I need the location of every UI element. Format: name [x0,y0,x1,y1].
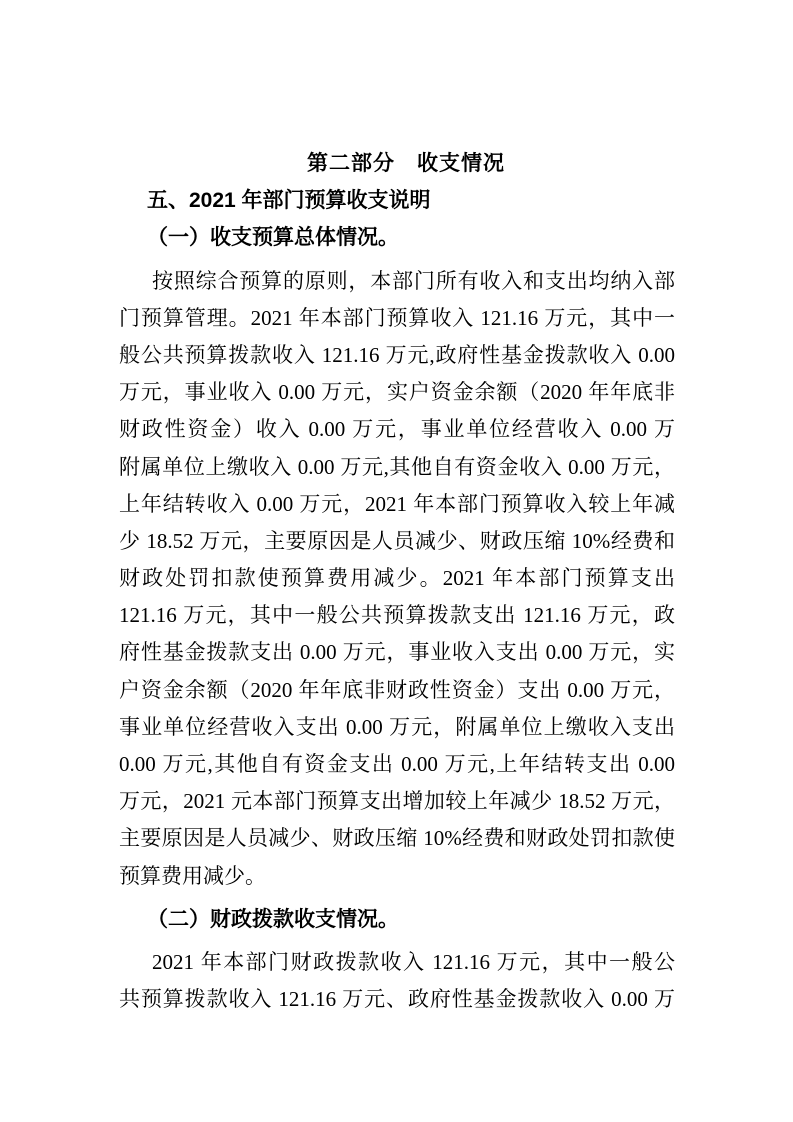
body-line: 少 18.52 万元，主要原因是人员减少、财政压缩 10%经费和 [119,523,675,560]
document-content: 第二部分 收支情况 五、2021 年部门预算收支说明 （一）收支预算总体情况。按… [119,145,675,1024]
body-line: 0.00 万元,其他自有资金支出 0.00 万元,上年结转支出 0.00 [119,746,675,783]
body-line: 财政性资金）收入 0.00 万元，事业单位经营收入 0.00 万元， [119,411,675,448]
paragraph: 按照综合预算的原则，本部门所有收入和支出均纳入部门预算管理。2021 年本部门预… [119,263,675,895]
sections-container: （一）收支预算总体情况。按照综合预算的原则，本部门所有收入和支出均纳入部门预算管… [119,219,675,1018]
subsection-heading: （一）收支预算总体情况。 [119,219,675,256]
body-line: 万元，2021 元本部门预算支出增加较上年减少 18.52 万元， [119,783,675,820]
body-line: 万元，事业收入 0.00 万元，实户资金余额（2020 年年底非 [119,374,675,411]
paragraph: 2021 年本部门财政拨款收入 121.16 万元，其中一般公共预算拨款收入 1… [119,944,675,1018]
document-page: 第二部分 收支情况 五、2021 年部门预算收支说明 （一）收支预算总体情况。按… [0,0,793,1122]
body-line: 共预算拨款收入 121.16 万元、政府性基金拨款收入 0.00 万 [119,981,675,1018]
body-line: 事业单位经营收入支出 0.00 万元，附属单位上缴收入支出 [119,709,675,746]
body-line: 门预算管理。2021 年本部门预算收入 121.16 万元，其中一 [119,300,675,337]
body-line: 2021 年本部门财政拨款收入 121.16 万元，其中一般公 [119,944,675,981]
body-line: 上年结转收入 0.00 万元，2021 年本部门预算收入较上年减 [119,486,675,523]
body-line: 预算费用减少。 [119,858,675,895]
body-line: 附属单位上缴收入 0.00 万元,其他自有资金收入 0.00 万元， [119,449,675,486]
body-line: 按照综合预算的原则，本部门所有收入和支出均纳入部 [119,263,675,300]
body-line: 财政处罚扣款使预算费用减少。2021 年本部门预算支出 [119,560,675,597]
body-line: 121.16 万元，其中一般公共预算拨款支出 121.16 万元，政 [119,597,675,634]
body-line: 主要原因是人员减少、财政压缩 10%经费和财政处罚扣款使 [119,820,675,857]
body-line: 户资金余额（2020 年年底非财政性资金）支出 0.00 万元， [119,672,675,709]
document-title: 第二部分 收支情况 [119,145,675,182]
body-line: 般公共预算拨款收入 121.16 万元,政府性基金拨款收入 0.00 [119,337,675,374]
body-line: 府性基金拨款支出 0.00 万元，事业收入支出 0.00 万元，实 [119,634,675,671]
section-heading: 五、2021 年部门预算收支说明 [119,182,675,219]
subsection-heading: （二）财政拨款收支情况。 [119,901,675,938]
